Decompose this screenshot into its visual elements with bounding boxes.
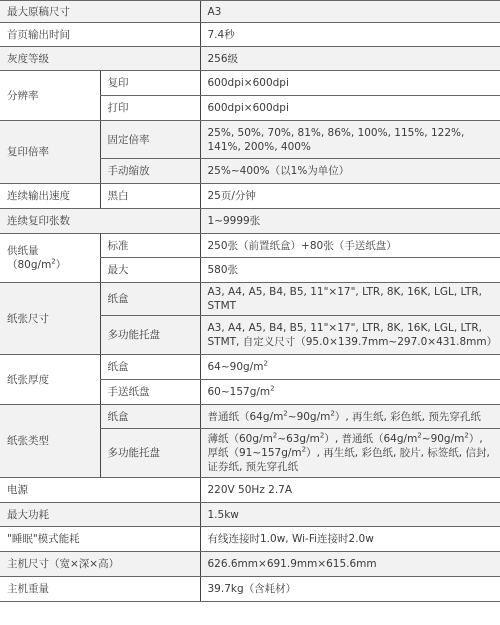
sub-label: 打印 (100, 96, 200, 121)
row-value: 1~9999张 (200, 209, 500, 234)
table-row: 纸张厚度 纸盒 64~90g/m2 (0, 355, 500, 380)
row-value: A3 (200, 1, 500, 23)
row-value: A3, A4, A5, B4, B5, 11"×17", LTR, 8K, 16… (200, 283, 500, 316)
row-value: 25%~400%（以1%为单位） (200, 159, 500, 184)
row-value: 600dpi×600dpi (200, 71, 500, 96)
sub-label: 手动缩放 (100, 159, 200, 184)
sub-label: 固定倍率 (100, 121, 200, 159)
sub-label: 纸盒 (100, 355, 200, 380)
row-value: 25页/分钟 (200, 184, 500, 209)
table-row: 复印倍率 固定倍率 25%, 50%, 70%, 81%, 86%, 100%,… (0, 121, 500, 159)
row-label: 纸张尺寸 (0, 283, 100, 355)
row-value: 薄纸（60g/m2~63g/m2）, 普通纸（64g/m2~90g/m2）, 厚… (200, 429, 500, 478)
row-label: 主机尺寸（宽×深×高） (0, 552, 200, 577)
row-value: 580张 (200, 258, 500, 283)
table-row: 连续复印张数 1~9999张 (0, 209, 500, 234)
row-label: 电源 (0, 478, 200, 503)
row-value: A3, A4, A5, B4, B5, 11"×17", LTR, 8K, 16… (200, 316, 500, 355)
row-value: 256级 (200, 47, 500, 71)
row-value: 64~90g/m2 (200, 355, 500, 380)
row-label: 灰度等级 (0, 47, 200, 71)
table-row: 首页输出时间 7.4秒 (0, 23, 500, 47)
row-label: 供纸量（80g/m2） (0, 234, 100, 283)
row-value: 600dpi×600dpi (200, 96, 500, 121)
row-value: 250张（前置纸盒）+80张（手送纸盘） (200, 234, 500, 258)
row-value: 7.4秒 (200, 23, 500, 47)
sub-label: 纸盒 (100, 405, 200, 429)
table-row: 电源 220V 50Hz 2.7A (0, 478, 500, 503)
table-row: 主机重量 39.7kg（含耗材） (0, 577, 500, 602)
row-label: 主机重量 (0, 577, 200, 602)
table-row: 分辨率 复印 600dpi×600dpi (0, 71, 500, 96)
row-value: 25%, 50%, 70%, 81%, 86%, 100%, 115%, 122… (200, 121, 500, 159)
table-row: 主机尺寸（宽×深×高） 626.6mm×691.9mm×615.6mm (0, 552, 500, 577)
table-row: 连续输出速度 黑白 25页/分钟 (0, 184, 500, 209)
row-label: 分辨率 (0, 71, 100, 121)
row-label: 纸张厚度 (0, 355, 100, 405)
table-row: 纸张尺寸 纸盒 A3, A4, A5, B4, B5, 11"×17", LTR… (0, 283, 500, 316)
table-row: 纸张类型 纸盒 普通纸（64g/m2~90g/m2）, 再生纸, 彩色纸, 预先… (0, 405, 500, 429)
table-row: 最大功耗 1.5kw (0, 503, 500, 527)
table-row: 灰度等级 256级 (0, 47, 500, 71)
sub-label: 多功能托盘 (100, 316, 200, 355)
row-label: 首页输出时间 (0, 23, 200, 47)
sub-label: 手送纸盘 (100, 380, 200, 405)
row-value: 220V 50Hz 2.7A (200, 478, 500, 503)
table-row: 供纸量（80g/m2） 标准 250张（前置纸盒）+80张（手送纸盘） (0, 234, 500, 258)
sub-label: 标准 (100, 234, 200, 258)
row-label: 最大功耗 (0, 503, 200, 527)
row-value: 39.7kg（含耗材） (200, 577, 500, 602)
sub-label: 黑白 (100, 184, 200, 209)
table-row: "睡眠"模式能耗 有线连接时1.0w, Wi-Fi连接时2.0w (0, 527, 500, 552)
row-value: 有线连接时1.0w, Wi-Fi连接时2.0w (200, 527, 500, 552)
row-label: 连续输出速度 (0, 184, 100, 209)
row-label: 纸张类型 (0, 405, 100, 478)
row-value: 普通纸（64g/m2~90g/m2）, 再生纸, 彩色纸, 预先穿孔纸 (200, 405, 500, 429)
sub-label: 复印 (100, 71, 200, 96)
row-label: 连续复印张数 (0, 209, 200, 234)
table-row: 最大原稿尺寸 A3 (0, 1, 500, 23)
row-value: 1.5kw (200, 503, 500, 527)
row-label: "睡眠"模式能耗 (0, 527, 200, 552)
row-value: 626.6mm×691.9mm×615.6mm (200, 552, 500, 577)
row-label: 复印倍率 (0, 121, 100, 184)
row-value: 60~157g/m2 (200, 380, 500, 405)
row-label: 最大原稿尺寸 (0, 1, 200, 23)
spec-table: 最大原稿尺寸 A3 首页输出时间 7.4秒 灰度等级 256级 分辨率 复印 6… (0, 0, 500, 602)
sub-label: 多功能托盘 (100, 429, 200, 478)
sub-label: 最大 (100, 258, 200, 283)
sub-label: 纸盒 (100, 283, 200, 316)
